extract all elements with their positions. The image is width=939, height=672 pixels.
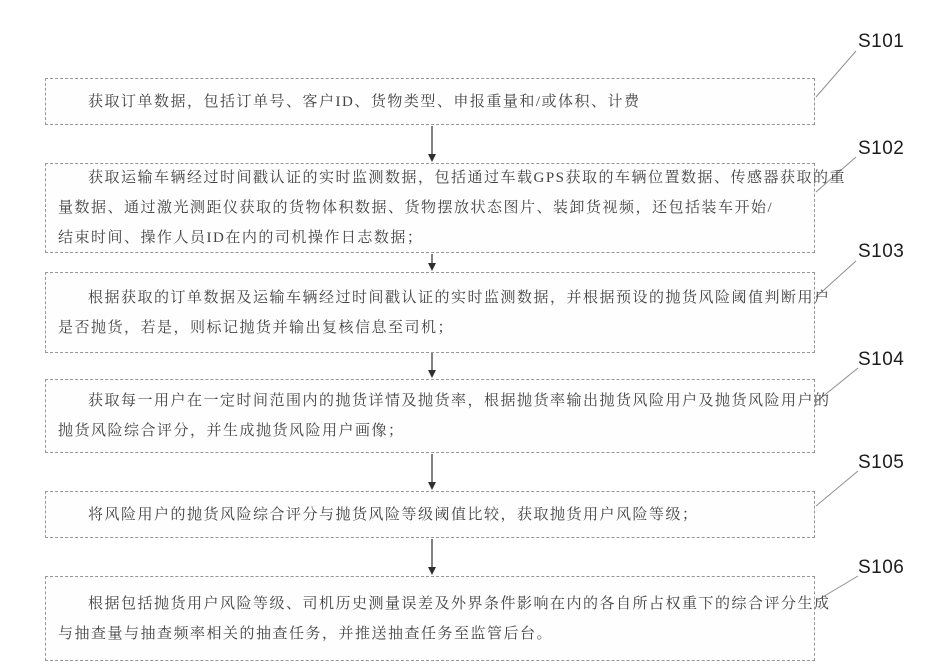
flow-step-text: 与抽查量与抽查频率相关的抽查任务，并推送抽查任务至监管后台。 [58, 619, 802, 649]
flow-step-box-s106: 根据包括抛货用户风险等级、司机历史测量误差及外界条件影响在内的各自所占权重下的综… [45, 576, 815, 661]
flow-arrow-down [428, 454, 436, 490]
flow-step-box-s104: 获取每一用户在一定时间范围内的抛货详情及抛货率，根据抛货率输出抛货风险用户及抛货… [45, 379, 815, 453]
step-label-s106: S106 [858, 557, 918, 579]
flow-arrow-down [428, 353, 436, 378]
flow-step-text: 获取订单数据，包括订单号、客户ID、货物类型、申报重量和/或体积、计费 [58, 87, 802, 117]
flow-step-text: 抛货风险综合评分，并生成抛货风险用户画像； [58, 416, 802, 446]
flow-step-text: 获取每一用户在一定时间范围内的抛货详情及抛货率，根据抛货率输出抛货风险用户及抛货… [58, 386, 802, 416]
leader-line [816, 51, 856, 97]
flow-step-text: 是否抛货，若是，则标记抛货并输出复核信息至司机； [58, 313, 802, 343]
flowchart-canvas: S101 S102 S103 S104 S105 S106 获取订单数据，包括订… [0, 0, 939, 672]
step-label-s101: S101 [858, 31, 918, 53]
flow-step-text: 量数据、通过激光测距仪获取的货物体积数据、货物摆放状态图片、装卸货视频，还包括装… [58, 193, 802, 223]
flow-step-box-s105: 将风险用户的抛货风险综合评分与抛货风险等级阈值比较，获取抛货用户风险等级； [45, 491, 815, 538]
flow-arrow-down [428, 539, 436, 575]
flow-step-text: 获取运输车辆经过时间戳认证的实时监测数据，包括通过车载GPS获取的车辆位置数据、… [58, 163, 802, 193]
flow-step-box-s102: 获取运输车辆经过时间戳认证的实时监测数据，包括通过车载GPS获取的车辆位置数据、… [45, 163, 815, 253]
flow-step-text: 根据包括抛货用户风险等级、司机历史测量误差及外界条件影响在内的各自所占权重下的综… [58, 589, 802, 619]
flow-step-box-s103: 根据获取的订单数据及运输车辆经过时间戳认证的实时监测数据，并根据预设的抛货风险阈… [45, 272, 815, 353]
leader-line [816, 471, 858, 506]
step-label-s105: S105 [858, 452, 918, 474]
step-label-s103: S103 [858, 241, 918, 263]
flow-step-text: 根据获取的订单数据及运输车辆经过时间戳认证的实时监测数据，并根据预设的抛货风险阈… [58, 283, 802, 313]
step-label-s104: S104 [858, 349, 918, 371]
flow-arrow-down [428, 254, 436, 271]
flow-step-box-s101: 获取订单数据，包括订单号、客户ID、货物类型、申报重量和/或体积、计费 [45, 78, 815, 125]
step-label-s102: S102 [858, 138, 918, 160]
flow-step-text: 将风险用户的抛货风险综合评分与抛货风险等级阈值比较，获取抛货用户风险等级； [58, 500, 802, 530]
flow-arrow-down [428, 126, 436, 162]
flow-step-text: 结束时间、操作人员ID在内的司机操作日志数据； [58, 223, 802, 253]
